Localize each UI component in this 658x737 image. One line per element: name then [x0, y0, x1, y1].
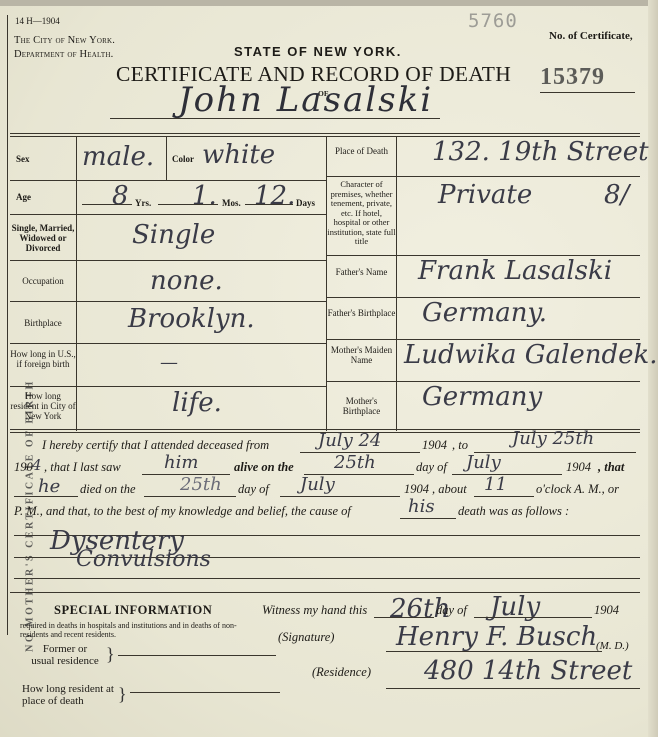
how-long-resident-line — [130, 692, 280, 693]
row-rule — [10, 214, 326, 215]
col-divider — [166, 136, 167, 180]
state-heading: STATE OF NEW YORK. — [234, 44, 402, 59]
birthplace-label: Birthplace — [10, 318, 76, 328]
father-name-label: Father's Name — [327, 267, 396, 277]
city-name: The City of New York. — [14, 35, 115, 46]
marital-label: Single, Married, Widowed or Divorced — [10, 223, 76, 253]
section-rule — [10, 592, 640, 593]
cert-line — [280, 496, 400, 497]
color-label: Color — [172, 154, 194, 164]
mother-birthplace-label: Mother's Birthplace — [327, 396, 396, 416]
how-long-us-value: — — [160, 352, 178, 373]
cert-last-seen-day: 25th — [334, 452, 376, 473]
former-residence-label: Former or usual residence — [30, 643, 100, 667]
cert-day-of-2: day of — [238, 482, 269, 497]
row-rule — [10, 386, 326, 387]
mother-name-label: Mother's Maiden Name — [327, 345, 396, 365]
cert-death-year: 1904 — [404, 482, 429, 497]
sex-label: Sex — [16, 154, 30, 164]
stamp-number: 5760 — [468, 10, 518, 32]
marital-value: Single — [132, 220, 215, 250]
residence-label: (Residence) — [312, 665, 371, 680]
col-divider — [396, 136, 397, 431]
cert-pronoun-subj: he — [38, 476, 60, 497]
occupation-label: Occupation — [10, 276, 76, 286]
scan-edge — [0, 0, 658, 6]
physician-residence: 480 14th Street — [424, 656, 632, 686]
row-rule — [326, 176, 640, 177]
cert-line — [400, 518, 456, 519]
how-long-city-value: life. — [172, 388, 222, 418]
cert-line4: P. M., and that, to the best of my knowl… — [14, 504, 351, 519]
cert-line — [14, 496, 78, 497]
father-birthplace-value: Germany. — [422, 298, 547, 328]
deceased-name: John Lasalski — [178, 80, 433, 120]
months-label: Mos. — [222, 198, 241, 208]
special-info-subtitle: required in deaths in hospitals and inst… — [20, 621, 240, 639]
cert-death-day: 25th — [180, 474, 222, 495]
cert-line2-text: , that I last saw — [44, 460, 121, 475]
residence-line — [386, 688, 640, 689]
cert-year: 1904 — [566, 460, 591, 475]
age-months-line — [158, 204, 218, 205]
cert-from-date: July 24 — [318, 430, 381, 451]
md-label: (M. D.) — [596, 640, 629, 652]
mother-birthplace-value: Germany — [422, 382, 542, 412]
birthplace-value: Brooklyn. — [128, 304, 255, 334]
age-label: Age — [16, 192, 31, 202]
age-years: 8 — [112, 181, 129, 211]
form-code: 14 H—1904 — [15, 16, 60, 26]
cert-last-seen-month: July — [466, 452, 501, 473]
cert-day-of: day of — [416, 460, 447, 475]
age-months: 1. — [192, 181, 217, 211]
age-days-line — [245, 204, 293, 205]
cause-line — [14, 578, 640, 579]
cert-died-text: died on the — [80, 482, 136, 497]
color-value: white — [202, 140, 275, 170]
occupation-value: none. — [150, 266, 223, 296]
table-top-rule — [10, 133, 640, 134]
cert-death-month: July — [300, 474, 335, 495]
days-label: Days — [296, 198, 315, 208]
years-label: Yrs. — [135, 198, 151, 208]
brace-icon: } — [118, 684, 127, 705]
father-name-value: Frank Lasalski — [418, 256, 612, 286]
cert-to-date: July 25th — [512, 428, 594, 449]
name-underline — [110, 118, 440, 119]
cert-pronoun-poss: his — [408, 496, 435, 517]
signature-label: (Signature) — [278, 630, 334, 645]
cert-line — [474, 496, 534, 497]
row-rule — [10, 260, 326, 261]
certno-underline — [540, 92, 635, 93]
margin-rule — [7, 15, 8, 635]
former-residence-line — [118, 655, 276, 656]
cause-secondary: Convulsions — [76, 547, 211, 572]
cert-line — [144, 496, 236, 497]
premises-value: Private — [438, 180, 532, 210]
cert-line1: I hereby certify that I attended decease… — [42, 438, 269, 453]
cert-clock: o'clock A. M., or — [536, 482, 619, 497]
cert-from-year: 1904 — [422, 438, 447, 453]
how-long-city-label: How long resident in City of New York — [10, 391, 76, 421]
cert-line2-year: 4 — [32, 456, 42, 474]
mother-name-value: Ludwika Galendek. — [404, 340, 658, 370]
cert-line2-prefix: 190 — [14, 460, 33, 475]
how-long-us-label: How long in U.S., if foreign birth — [10, 349, 76, 369]
sex-value: male. — [82, 142, 154, 172]
place-of-death-label: Place of Death — [327, 146, 396, 156]
cert-line — [452, 474, 562, 475]
cert-about: , about — [432, 482, 467, 497]
premises-note: 8/ — [604, 180, 629, 210]
department-name: Department of Health. — [14, 49, 113, 60]
row-rule — [10, 301, 326, 302]
premises-label: Character of premises, whether tenement,… — [327, 180, 396, 247]
witness-line — [374, 617, 434, 618]
witness-text: Witness my hand this — [262, 603, 367, 618]
death-certificate: NO MOTHER'S CERTIFICATE OF BIRTH 14 H—19… — [0, 0, 658, 737]
place-of-death-value: 132. 19th Street — [432, 137, 649, 167]
cert-death-hour: 11 — [484, 474, 507, 495]
witness-day-of: day of — [436, 603, 467, 618]
certificate-label: No. of Certificate, — [549, 30, 633, 42]
age-days: 12. — [254, 181, 295, 211]
cert-pronoun-obj: him — [164, 452, 198, 473]
brace-icon: } — [106, 644, 115, 665]
age-years-line — [82, 204, 132, 205]
signature-line — [386, 651, 602, 652]
witness-line — [474, 617, 592, 618]
cert-that: , that — [598, 460, 624, 475]
cert-to-label: , to — [452, 438, 468, 453]
certificate-number: 15379 — [540, 64, 605, 91]
witness-year: 1904 — [594, 603, 619, 618]
how-long-resident-label: How long resident at place of death — [22, 683, 122, 707]
row-rule — [10, 343, 326, 344]
physician-signature: Henry F. Busch — [396, 622, 597, 652]
cert-line4-end: death was as follows : — [458, 504, 569, 519]
special-info-title: SPECIAL INFORMATION — [54, 603, 212, 618]
cert-alive-text: alive on the — [234, 460, 294, 475]
father-birthplace-label: Father's Birthplace — [327, 308, 396, 318]
